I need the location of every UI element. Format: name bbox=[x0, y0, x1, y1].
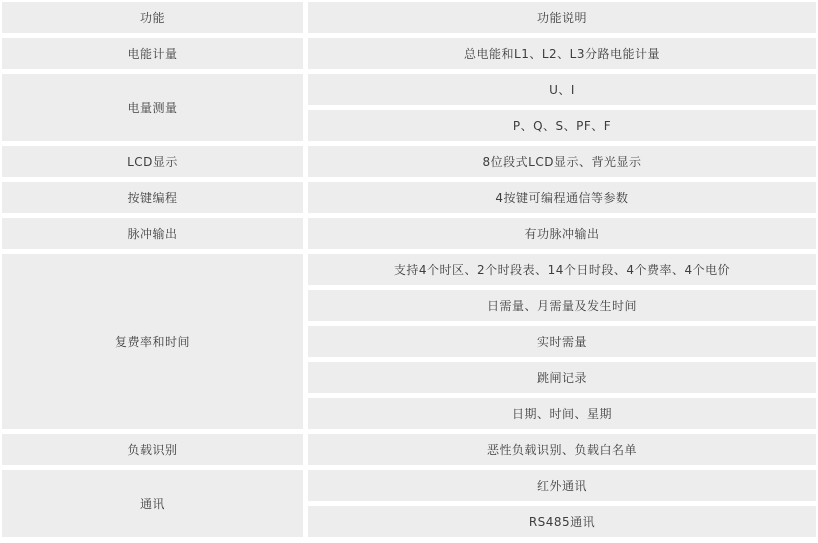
detail-cell: 支持4个时区、2个时段表、14个日时段、4个费率、4个电价 bbox=[308, 254, 816, 285]
detail-cell: 红外通讯 bbox=[308, 470, 816, 501]
column-header-description: 功能说明 bbox=[308, 2, 816, 33]
function-cell: 复费率和时间 bbox=[2, 254, 303, 429]
function-spec-table: 功能 功能说明 电能计量 总电能和L1、L2、L3分路电能计量 电量测量 U、I… bbox=[0, 0, 818, 539]
detail-cell: RS485通讯 bbox=[308, 506, 816, 537]
function-cell: 负载识别 bbox=[2, 434, 303, 465]
detail-cell: 有功脉冲输出 bbox=[308, 218, 816, 249]
detail-cell: 8位段式LCD显示、背光显示 bbox=[308, 146, 816, 177]
detail-cell: 日需量、月需量及发生时间 bbox=[308, 290, 816, 321]
detail-cell: 恶性负载识别、负载白名单 bbox=[308, 434, 816, 465]
spec-sheet-page: 功能 功能说明 电能计量 总电能和L1、L2、L3分路电能计量 电量测量 U、I… bbox=[0, 0, 818, 543]
function-cell: 通讯 bbox=[2, 470, 303, 537]
detail-cell: U、I bbox=[308, 74, 816, 105]
detail-cell: 日期、时间、星期 bbox=[308, 398, 816, 429]
function-cell: 电能计量 bbox=[2, 38, 303, 69]
detail-cell: 总电能和L1、L2、L3分路电能计量 bbox=[308, 38, 816, 69]
detail-cell: 实时需量 bbox=[308, 326, 816, 357]
column-header-function: 功能 bbox=[2, 2, 303, 33]
function-cell: LCD显示 bbox=[2, 146, 303, 177]
function-cell: 脉冲输出 bbox=[2, 218, 303, 249]
detail-cell: 跳闸记录 bbox=[308, 362, 816, 393]
detail-cell: 4按键可编程通信等参数 bbox=[308, 182, 816, 213]
function-cell: 按键编程 bbox=[2, 182, 303, 213]
function-cell: 电量测量 bbox=[2, 74, 303, 141]
detail-cell: P、Q、S、PF、F bbox=[308, 110, 816, 141]
